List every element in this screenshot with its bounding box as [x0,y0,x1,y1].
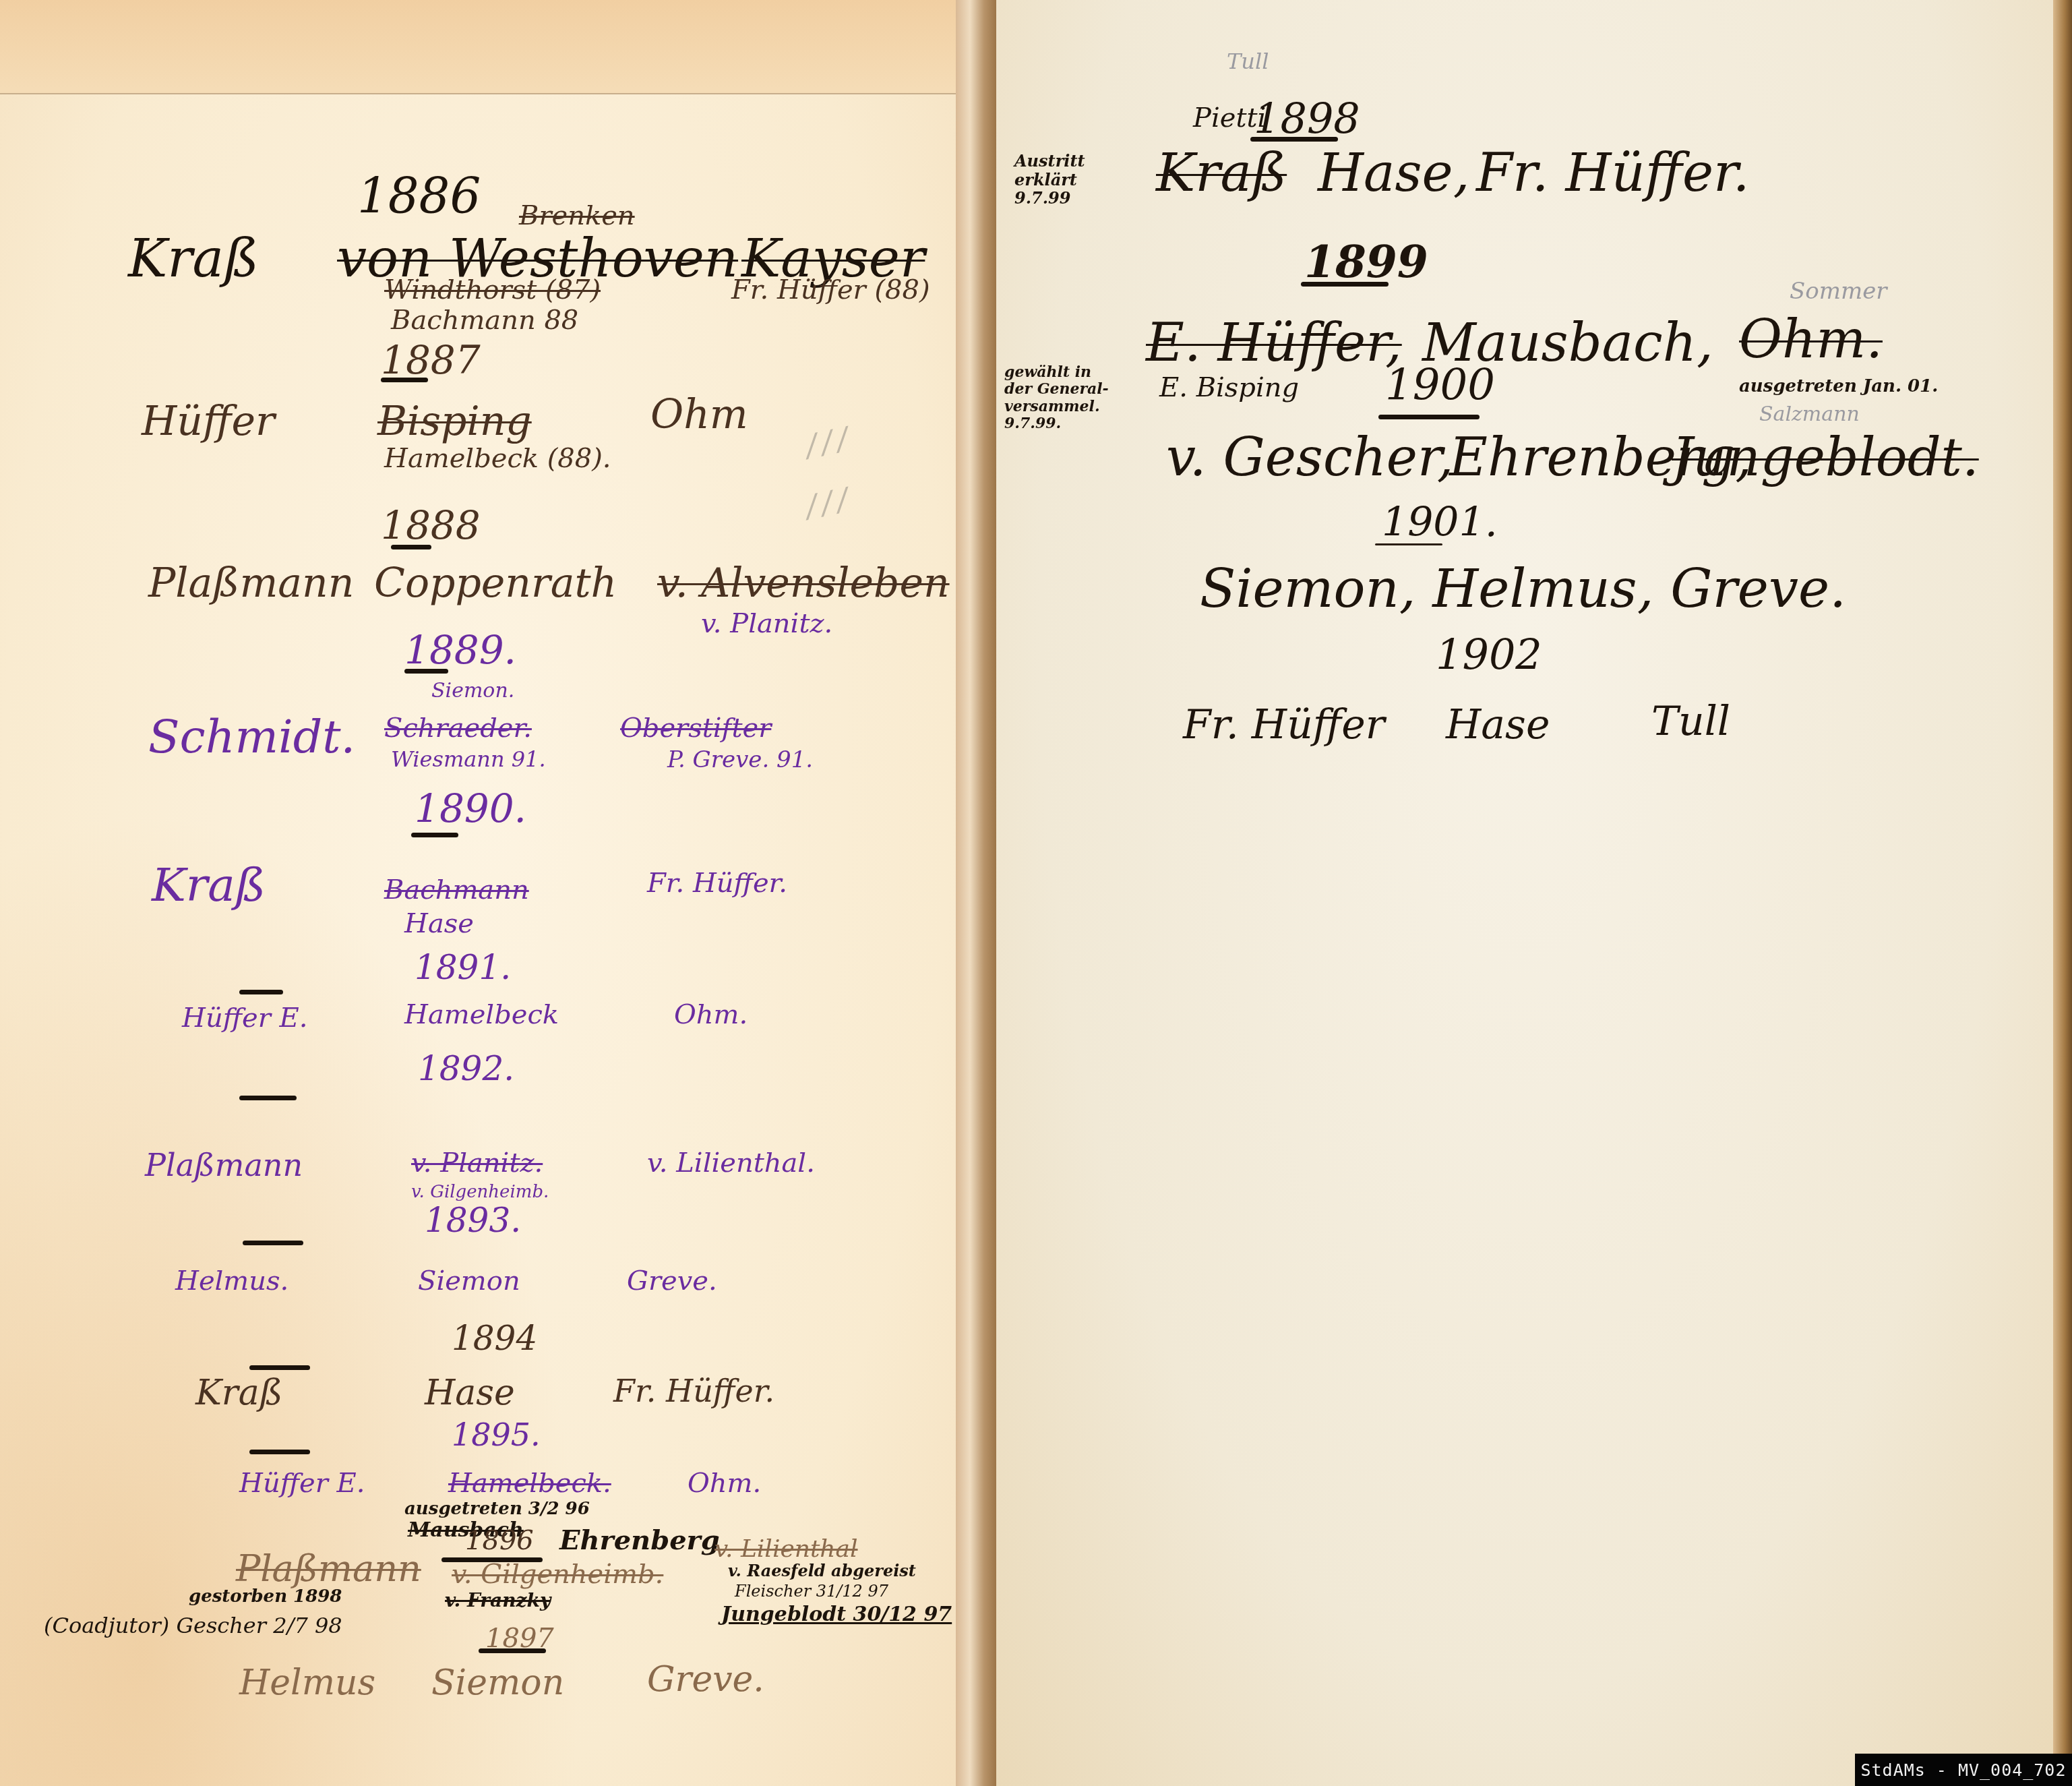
name-col3: Ohm. [674,1001,748,1028]
year-heading: 1899 [1304,239,1428,284]
name-col1: Kraß [128,233,259,285]
name-col2: Hamelbeck (88). [384,445,611,472]
book-spread: ⁄ ⁄ ⁄ ⁄ ⁄ ⁄ 1886 Brenken Kraß von Westho… [0,0,2072,1786]
right-page [996,0,2053,1786]
name-col3: Fr. Hüffer. [647,870,787,897]
name-1-replacement: E. Bisping [1159,374,1299,401]
year-heading: 1898 [1254,98,1360,140]
year-underline [1375,543,1442,545]
year-heading: 1896 [465,1527,534,1554]
year-heading: 1893. [425,1203,521,1237]
name-col1: Plaßmann [145,1150,303,1181]
year-heading: 1889. [404,630,516,669]
year-heading: 1892. [418,1052,514,1085]
name-col1: Helmus [239,1665,375,1700]
name-2: Hase, [1318,147,1470,200]
struck-name: Plaßmann [236,1551,421,1587]
name-2: Hase [1446,705,1550,745]
year-heading: 1902 [1436,634,1542,676]
struck-name: Hamelbeck. [448,1470,611,1497]
year-underline [391,545,431,549]
year-underline [404,669,448,674]
name-col3: v. Lilienthal. [647,1150,815,1177]
name-col3: Fr. Hüffer (88) [731,276,930,303]
name-col1: Helmus. [175,1268,288,1294]
name-col3: Ohm. [688,1470,761,1497]
year-heading: 1901. [1382,502,1498,543]
name-col1: Kraß [195,1375,282,1410]
name-col3: Greve. [647,1662,764,1697]
struck-name: E. Hüffer, [1146,317,1402,369]
name-col3: P. Greve. 91. [667,748,813,771]
right-page-edge [2053,0,2072,1786]
year-underline [249,1450,310,1454]
name-col1: Hüffer E. [239,1470,365,1497]
annotation: ausgetreten 3/2 96 [404,1500,590,1518]
year-underline [1378,415,1480,419]
annotation: Fleischer 31/12 97 [735,1583,888,1599]
name-col3: Fr. Hüffer. [613,1375,774,1406]
name-col3: v. Planitz. [701,610,832,637]
struck-name: Wiesmann 91. [391,748,546,770]
annotation: v. Raesfeld abgereist [728,1563,916,1579]
pencil-note: Sommer [1790,280,1887,303]
struck-name: Schraeder. [384,715,532,742]
struck-name: Bachmann [384,876,529,903]
struck-name: Oberstifter [620,715,771,742]
name-col1: (Coadjutor) Gescher 2/7 98 [44,1615,342,1636]
archive-label: StdAMs - MV_004_702 [1855,1754,2072,1786]
name-col1: Hüffer E. [182,1005,307,1032]
struck-name: v. Lilienthal [714,1537,858,1561]
year-underline [243,1241,303,1245]
name-3: Fr. Hüffer. [1476,147,1750,200]
year-underline [239,1096,297,1100]
faint-offset-mark: ⁄ ⁄ ⁄ [805,482,849,527]
struck-name: Kraß [1156,147,1287,200]
name-col2: Hamelbeck [404,1001,559,1028]
pencil-note: Salzmann [1759,405,1860,425]
faint-offset-mark: ⁄ ⁄ ⁄ [805,421,849,466]
year-underline [1250,137,1338,142]
name-1: Fr. Hüffer [1183,705,1385,745]
year-underline [249,1365,310,1370]
names-line: Siemon, Helmus, Greve. [1200,563,1846,616]
name-added: Ehrenberg [559,1527,720,1554]
annotation: ausgetreten Jan. 01. [1739,378,1938,395]
year-underline [239,990,283,994]
name-col2-above: Siemon. [431,681,514,701]
year-heading: 1891. [415,951,511,984]
struck-name: v. Planitz. [411,1150,543,1177]
name-col1: Plaßmann [148,563,354,603]
year-heading: 1890. [415,789,526,828]
struck-name: v. Alvensleben [657,563,950,603]
annotation: gestorben 1898 [189,1588,342,1605]
struck-name: Brenken [519,202,635,229]
year-heading: 1888 [381,506,481,545]
name-col3: Greve. [627,1268,717,1294]
year-underline [381,378,428,382]
year-underline [479,1648,546,1653]
name-col2: Siemon [431,1665,564,1700]
name-col2: Siemon [418,1268,520,1294]
year-heading: 1887 [381,340,481,380]
year-heading: 1895. [452,1419,541,1450]
book-gutter [956,0,996,1786]
struck-name: Bisping [377,401,532,442]
year-heading: 1886 [357,172,481,220]
name-col2: Hase [404,910,474,937]
struck-name: Jungeblodt. [1672,431,1979,484]
year-underline [411,833,458,837]
struck-name: Windthorst (87) [384,276,601,303]
struck-name: v. Gilgenheimb. [452,1561,663,1588]
name-1: v. Gescher, [1166,431,1454,484]
side-note: Austritt erklärt 9.7.99 [1014,152,1085,208]
name-col2: Hase [425,1375,515,1410]
year-heading: 1900 [1385,364,1495,407]
side-note: gewählt in der General- versammel. 9.7.9… [1004,364,1109,432]
pencil-note: Tull [1227,51,1269,72]
name-col2: Coppenrath [374,563,617,603]
struck-name: v. Franzky [445,1591,551,1610]
year-heading: 1894 [452,1321,537,1355]
name-col2: v. Gilgenheimb. [411,1183,549,1201]
name-col1: Schmidt. [148,715,355,761]
name-3: Tull [1651,701,1730,742]
year-underline [1301,282,1389,287]
struck-name: Ohm. [1739,314,1883,366]
name-col1: Kraß [152,863,266,909]
name-col3: Ohm [650,394,748,435]
name-col1: Hüffer [142,401,275,442]
name-col2: Bachmann 88 [391,307,578,334]
name-col3: Jungeblodt 30/12 97 [721,1605,952,1625]
year-heading: 1897 [485,1625,554,1652]
